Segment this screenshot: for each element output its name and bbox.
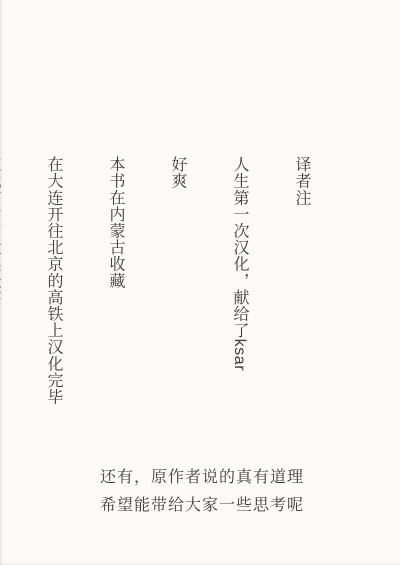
footer-note: 还有，原作者说的真有道理 希望能带给大家一些思考呢: [100, 464, 304, 520]
vertical-text-column: 好爽: [164, 156, 190, 486]
footer-note-line: 还有，原作者说的真有道理: [100, 464, 304, 492]
vertical-text-column: 在北京站和大连嵌字: [0, 156, 4, 486]
translator-note: 译者注 人生第一次汉化，献给了ksar 好爽 本书在内蒙古收藏 在大连开往北京的…: [0, 156, 350, 486]
translator-note-page: 译者注 人生第一次汉化，献给了ksar 好爽 本书在内蒙古收藏 在大连开往北京的…: [0, 0, 400, 565]
vertical-text-column: 人生第一次汉化，献给了ksar: [226, 156, 252, 486]
vertical-text-column: 在大连开往北京的高铁上汉化完毕: [40, 156, 66, 486]
vertical-text-column: 译者注: [288, 156, 314, 486]
footer-note-line: 希望能带给大家一些思考呢: [100, 492, 304, 520]
vertical-text-column: 本书在内蒙古收藏: [102, 156, 128, 486]
